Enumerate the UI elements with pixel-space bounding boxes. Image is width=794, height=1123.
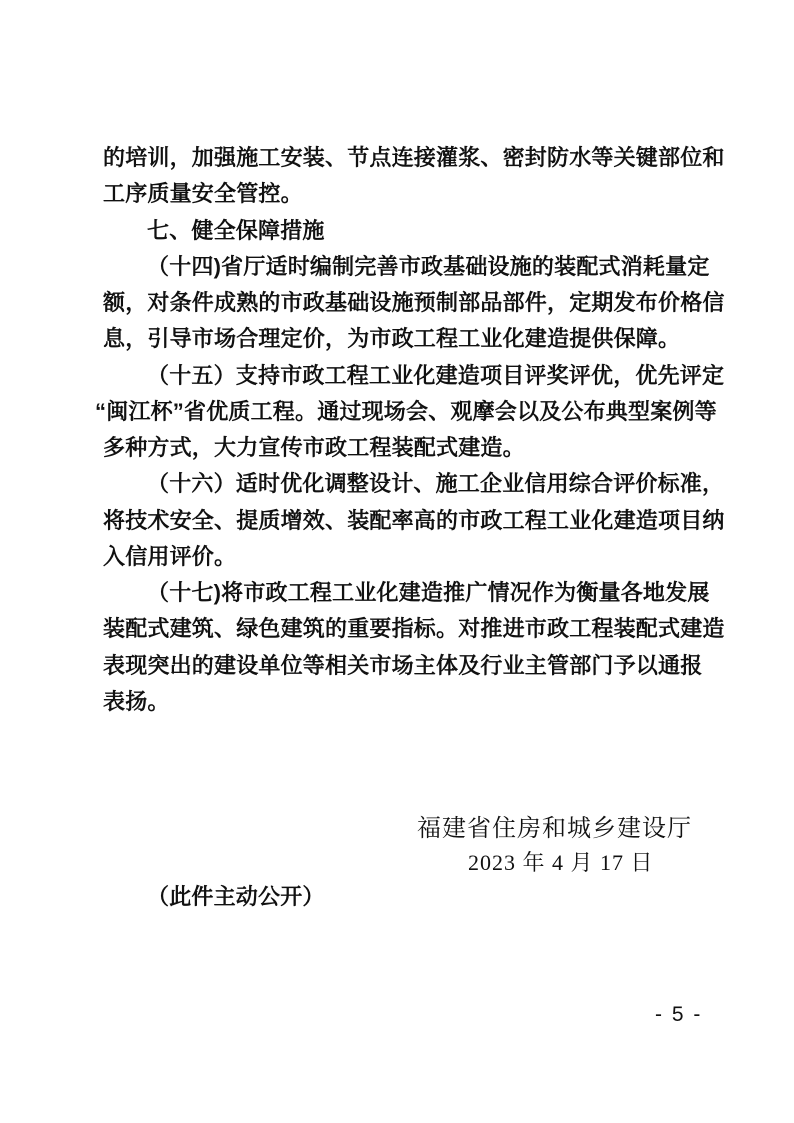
body-line: “闽江杯”省优质工程。通过现场会、观摩会以及公布典型案例等 [95,394,709,430]
section-heading: 七、健全保障措施 [103,213,709,249]
body-line: （十六）适时优化调整设计、施工企业信用综合评价标准， [103,466,709,502]
document-body: 的培训，加强施工安装、节点连接灌浆、密封防水等关键部位和 工序质量安全管控。 七… [103,140,709,720]
body-line: 装配式建筑、绿色建筑的重要指标。对推进市政工程装配式建造 [103,611,709,647]
signature-agency: 福建省住房和城乡建设厅 [417,808,692,843]
document-page: 的培训，加强施工安装、节点连接灌浆、密封防水等关键部位和 工序质量安全管控。 七… [0,0,794,1123]
disclosure-note: （此件主动公开） [147,880,325,911]
body-line: 息，引导市场合理定价，为市政工程工业化建造提供保障。 [103,321,709,357]
signature-date: 2023 年 4 月 17 日 [468,846,654,877]
body-line: （十七)将市政工程工业化建造推广情况作为衡量各地发展 [103,575,709,611]
body-line: 的培训，加强施工安装、节点连接灌浆、密封防水等关键部位和 [103,140,709,176]
body-line: 将技术安全、提质增效、装配率高的市政工程工业化建造项目纳 [103,503,709,539]
page-number: - 5 - [655,1003,702,1027]
body-line: 工序质量安全管控。 [103,176,709,212]
body-line: 表现突出的建设单位等相关市场主体及行业主管部门予以通报 [103,648,709,684]
body-line: （十五）支持市政工程工业化建造项目评奖评优，优先评定 [103,358,709,394]
body-line: 表扬。 [103,684,709,720]
body-line: （十四)省厅适时编制完善市政基础设施的装配式消耗量定 [103,249,709,285]
body-line: 额，对条件成熟的市政基础设施预制部品部件，定期发布价格信 [103,285,709,321]
body-line: 多种方式，大力宣传市政工程装配式建造。 [103,430,709,466]
body-line: 入信用评价。 [103,539,709,575]
